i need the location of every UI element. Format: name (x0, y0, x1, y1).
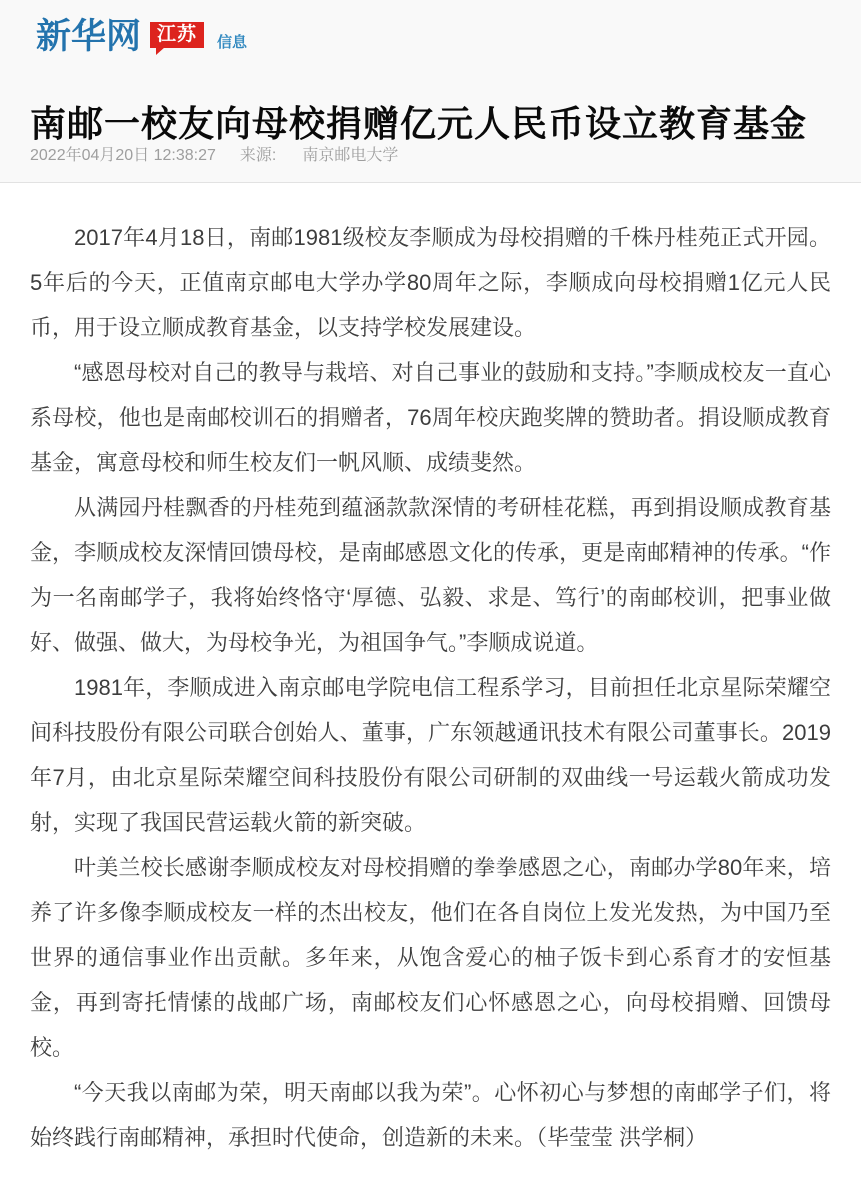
xinhuanet-logo-text[interactable]: 新华网 (36, 18, 141, 56)
article-title: 南邮一校友向母校捐赠亿元人民币设立教育基金 (30, 104, 831, 144)
article-body: 2017年4月18日，南邮1981级校友李顺成为母校捐赠的千株丹桂苑正式开园。5… (0, 183, 861, 1200)
article-meta: 2022年04月20日 12:38:27 来源: 南京邮电大学 (30, 142, 398, 165)
article-paragraph: “感恩母校对自己的教导与栽培、对自己事业的鼓励和支持。”李顺成校友一直心系母校，… (30, 350, 831, 485)
source-label: 来源: (240, 142, 276, 165)
article-paragraph: “今天我以南邮为荣，明天南邮以我为荣”。心怀初心与梦想的南邮学子们，将始终践行南… (30, 1070, 831, 1160)
region-badge-label: 江苏 (157, 24, 197, 45)
badge-tail-decoration (156, 47, 165, 55)
jiangsu-region-badge[interactable]: 江苏 (150, 22, 204, 48)
article-header: 新华网 江苏 信息 南邮一校友向母校捐赠亿元人民币设立教育基金 2022年04月… (0, 0, 861, 183)
article-paragraph: 2017年4月18日，南邮1981级校友李顺成为母校捐赠的千株丹桂苑正式开园。5… (30, 215, 831, 350)
article-paragraph: 叶美兰校长感谢李顺成校友对母校捐赠的拳拳感恩之心，南邮办学80年来，培养了许多像… (30, 845, 831, 1070)
source-name: 南京邮电大学 (302, 142, 398, 165)
publish-datetime: 2022年04月20日 12:38:27 (30, 142, 216, 165)
site-logo[interactable]: 新华网 江苏 信息 (36, 18, 247, 56)
news-article-page: 新华网 江苏 信息 南邮一校友向母校捐赠亿元人民币设立教育基金 2022年04月… (0, 0, 861, 1200)
info-channel-label[interactable]: 信息 (217, 31, 247, 52)
article-paragraph: 从满园丹桂飘香的丹桂苑到蕴涵款款深情的考研桂花糕，再到捐设顺成教育基金，李顺成校… (30, 485, 831, 665)
article-paragraph: 1981年，李顺成进入南京邮电学院电信工程系学习，目前担任北京星际荣耀空间科技股… (30, 665, 831, 845)
